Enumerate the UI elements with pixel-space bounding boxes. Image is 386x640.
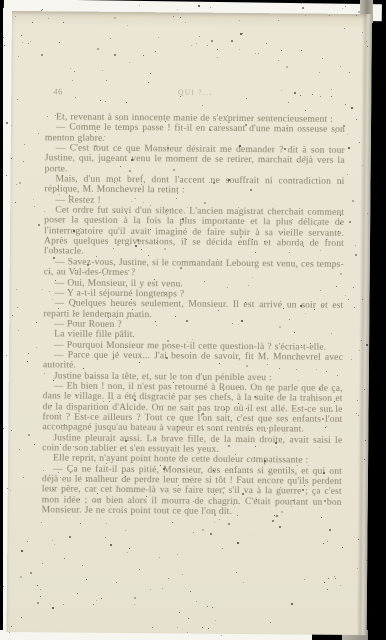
scan-background: { "page": { "page_number": "46", "runnin… (0, 0, 386, 640)
paragraph: — C'est tout ce que Monsieur désirait me… (45, 143, 345, 177)
book-page: 46 QUI ?... Et, revenant à son innocente… (7, 11, 372, 635)
running-title: QUI ?... (45, 86, 345, 98)
paragraph: Cet ordre fut suivi d'un silence. L'anci… (44, 205, 344, 259)
running-head: 46 QUI ?... (45, 86, 345, 102)
body-text: Et, revenant à son innocente manie de s'… (42, 112, 346, 518)
page-content: 46 QUI ?... Et, revenant à son innocente… (42, 86, 346, 518)
paragraph: — Eh bien ! non, il n'est pas retourné à… (42, 381, 342, 435)
paragraph: — Ça ne fait-il pas pitié, Monsieur, des… (42, 464, 342, 518)
